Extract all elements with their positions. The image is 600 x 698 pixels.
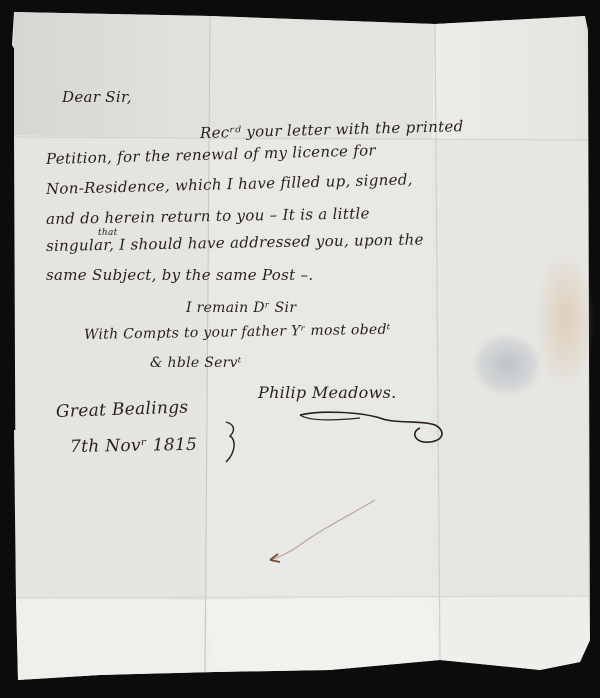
date-line: 7th Novʳ 1815 [70,435,198,457]
signature: Philip Meadows. [258,383,397,402]
closing-line-3: & hble Servᵗ [150,355,242,371]
salutation: Dear Sir, [62,88,132,106]
closing-line-1: I remain Dʳ Sir [186,300,296,316]
letter-photograph: Dear Sir, Recʳᵈ your letter with the pri… [0,0,600,698]
body-line-6: same Subject, by the same Post –. [46,266,313,284]
